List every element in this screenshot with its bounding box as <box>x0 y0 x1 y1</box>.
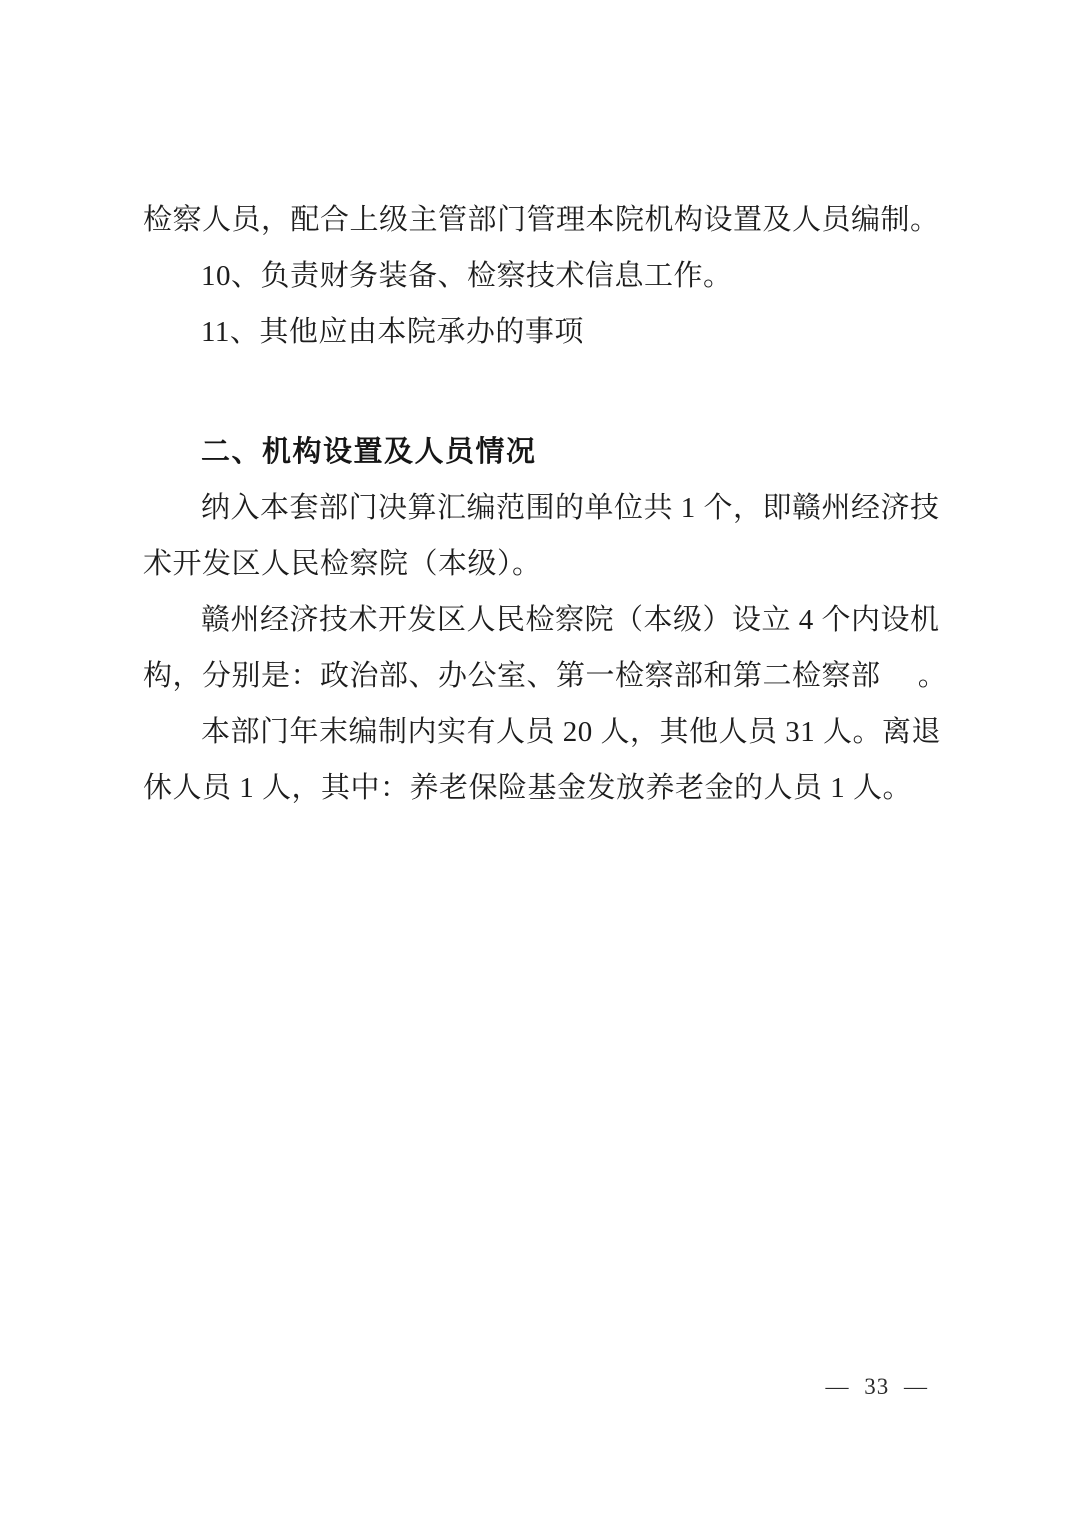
paragraph-line: 本部门年末编制内实有人员 20 人，其他人员 31 人。离退 <box>143 704 931 760</box>
paragraph-line: 构，分别是：政治部、办公室、第一检察部和第二检察部 。 <box>143 648 931 704</box>
document-body: 检察人员，配合上级主管部门管理本院机构设置及人员编制。 10、负责财务装备、检察… <box>143 192 931 816</box>
list-item-11: 11、其他应由本院承办的事项 <box>143 304 931 360</box>
document-page: 检察人员，配合上级主管部门管理本院机构设置及人员编制。 10、负责财务装备、检察… <box>0 0 1074 1520</box>
paragraph-line: 纳入本套部门决算汇编范围的单位共 1 个，即赣州经济技 <box>143 480 931 536</box>
page-number: — 33 — <box>826 1374 929 1400</box>
section-heading: 二、机构设置及人员情况 <box>143 424 931 480</box>
paragraph-line: 休人员 1 人，其中：养老保险基金发放养老金的人员 1 人。 <box>143 760 931 816</box>
paragraph-continuation-line: 检察人员，配合上级主管部门管理本院机构设置及人员编制。 <box>143 192 931 248</box>
section-spacer <box>143 360 931 424</box>
paragraph-line: 术开发区人民检察院（本级）。 <box>143 536 931 592</box>
paragraph-line: 赣州经济技术开发区人民检察院（本级）设立 4 个内设机 <box>143 592 931 648</box>
list-item-10: 10、负责财务装备、检察技术信息工作。 <box>143 248 931 304</box>
